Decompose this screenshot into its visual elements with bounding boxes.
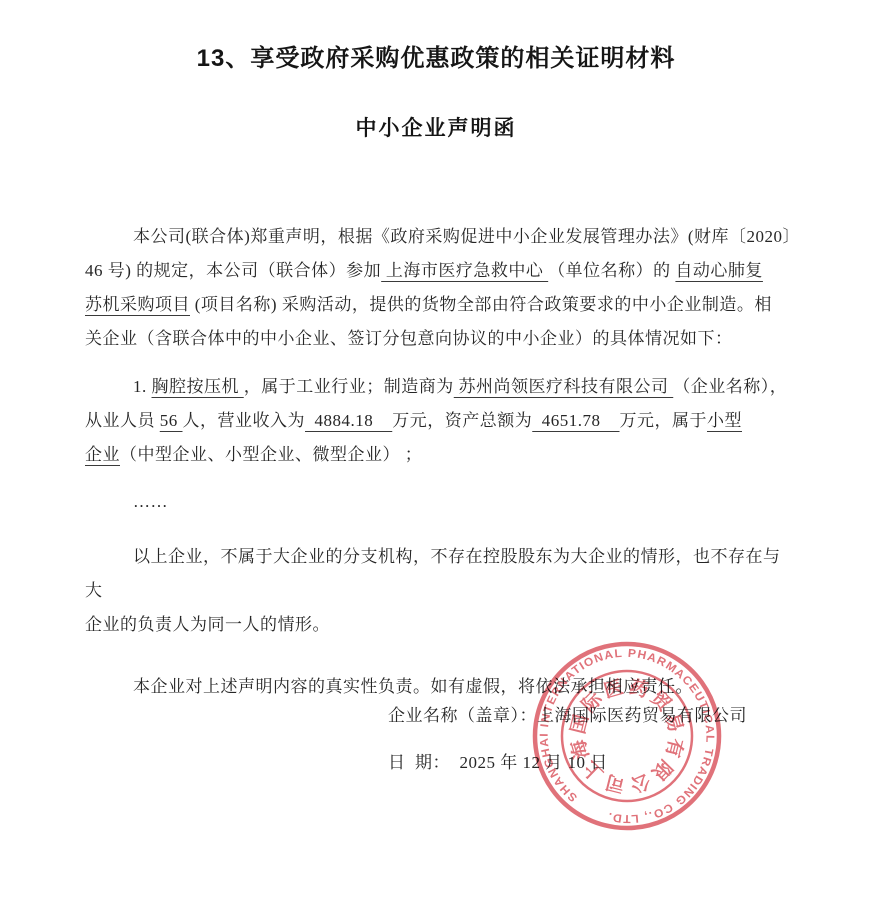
filled-blank: 上海市医疗急救中心 [381,261,548,280]
company-name-value: 上海国际医药贸易有限公司 [537,706,747,725]
text-line: 从业人员 56 人，营业收入为 4884.18 万元，资产总额为 4651.78… [85,404,797,438]
filled-blank: 4651.78 [532,411,619,430]
filled-blank: 胸腔按压机 [152,377,244,396]
filled-blank: 4884.18 [305,411,392,430]
text-line: 本公司(联合体)郑重声明，根据《政府采购促进中小企业发展管理办法》(财库〔202… [85,220,797,254]
filled-blank: 56 [160,411,183,430]
text-segment: 万元，属于 [620,411,708,430]
text-segment: （单位名称）的 [548,261,675,280]
text-segment: …… [133,492,168,511]
date-label: 日 期： [388,753,450,772]
signature-block: 企业名称（盖章）：上海国际医药贸易有限公司 日 期： 2025 年 12 月 1… [388,701,747,778]
text-segment: 以上企业，不属于大企业的分支机构，不存在控股股东为大企业的情形，也不存在与大 [85,547,781,600]
text-segment: 本公司(联合体)郑重声明，根据《政府采购促进中小企业发展管理办法》(财库〔202… [133,227,800,246]
date-value: 2025 年 12 月 10 日 [460,753,608,772]
company-seal-label: 企业名称（盖章）： [388,706,537,725]
text-segment: （企业名称）， [673,377,787,396]
text-line: 46 号) 的规定，本公司（联合体）参加 上海市医疗急救中心 （单位名称）的 自… [85,254,797,288]
paragraph: …… [85,485,797,519]
filled-blank: 苏机采购项目 [85,295,190,314]
text-line: 1. 胸腔按压机 ，属于工业行业；制造商为 苏州尚领医疗科技有限公司 （企业名称… [85,370,797,404]
text-segment: ，属于工业行业；制造商为 [244,377,454,396]
filled-blank: 自动心肺复 [675,261,763,280]
text-segment: 关企业（含联合体中的中小企业、签订分包意向协议的中小企业）的具体情况如下： [85,329,733,348]
text-segment: 企业的负责人为同一人的情形。 [85,615,330,634]
text-segment: （中型企业、小型企业、微型企业） ； [120,445,422,464]
text-line: 本企业对上述声明内容的真实性负责。如有虚假，将依法承担相应责任。 [85,670,797,704]
document-body: 本公司(联合体)郑重声明，根据《政府采购促进中小企业发展管理办法》(财库〔202… [85,220,797,704]
company-name-line: 企业名称（盖章）：上海国际医药贸易有限公司 [388,701,747,731]
document-page: 13、享受政府采购优惠政策的相关证明材料 中小企业声明函 本公司(联合体)郑重声… [0,0,872,897]
text-segment: 人，营业收入为 [183,411,306,430]
text-line: 苏机采购项目 (项目名称) 采购活动，提供的货物全部由符合政策要求的中小企业制造… [85,288,797,322]
text-line: …… [85,485,797,519]
text-line: 企业（中型企业、小型企业、微型企业） ； [85,438,797,472]
filled-blank: 小型 [707,411,742,430]
document-title: 13、享受政府采购优惠政策的相关证明材料 [0,38,872,73]
paragraph: 本企业对上述声明内容的真实性负责。如有虚假，将依法承担相应责任。 [85,670,797,704]
filled-blank: 企业 [85,445,120,464]
text-segment: 万元，资产总额为 [392,411,532,430]
text-segment: 从业人员 [85,411,160,430]
paragraph: 1. 胸腔按压机 ，属于工业行业；制造商为 苏州尚领医疗科技有限公司 （企业名称… [85,370,797,472]
date-line: 日 期： 2025 年 12 月 10 日 [388,748,747,778]
paragraph: 以上企业，不属于大企业的分支机构，不存在控股股东为大企业的情形，也不存在与大企业… [85,540,797,642]
text-line: 关企业（含联合体中的中小企业、签订分包意向协议的中小企业）的具体情况如下： [85,322,797,356]
text-line: 以上企业，不属于大企业的分支机构，不存在控股股东为大企业的情形，也不存在与大 [85,540,797,608]
document-subtitle: 中小企业声明函 [0,112,872,142]
text-line: 企业的负责人为同一人的情形。 [85,608,797,642]
text-segment: 46 号) 的规定，本公司（联合体）参加 [85,261,381,280]
paragraph: 本公司(联合体)郑重声明，根据《政府采购促进中小企业发展管理办法》(财库〔202… [85,220,797,356]
text-segment: 1. [133,377,152,396]
text-segment: (项目名称) 采购活动，提供的货物全部由符合政策要求的中小企业制造。相 [190,295,772,314]
filled-blank: 苏州尚领医疗科技有限公司 [454,377,674,396]
text-segment: 本企业对上述声明内容的真实性负责。如有虚假，将依法承担相应责任。 [133,677,693,696]
